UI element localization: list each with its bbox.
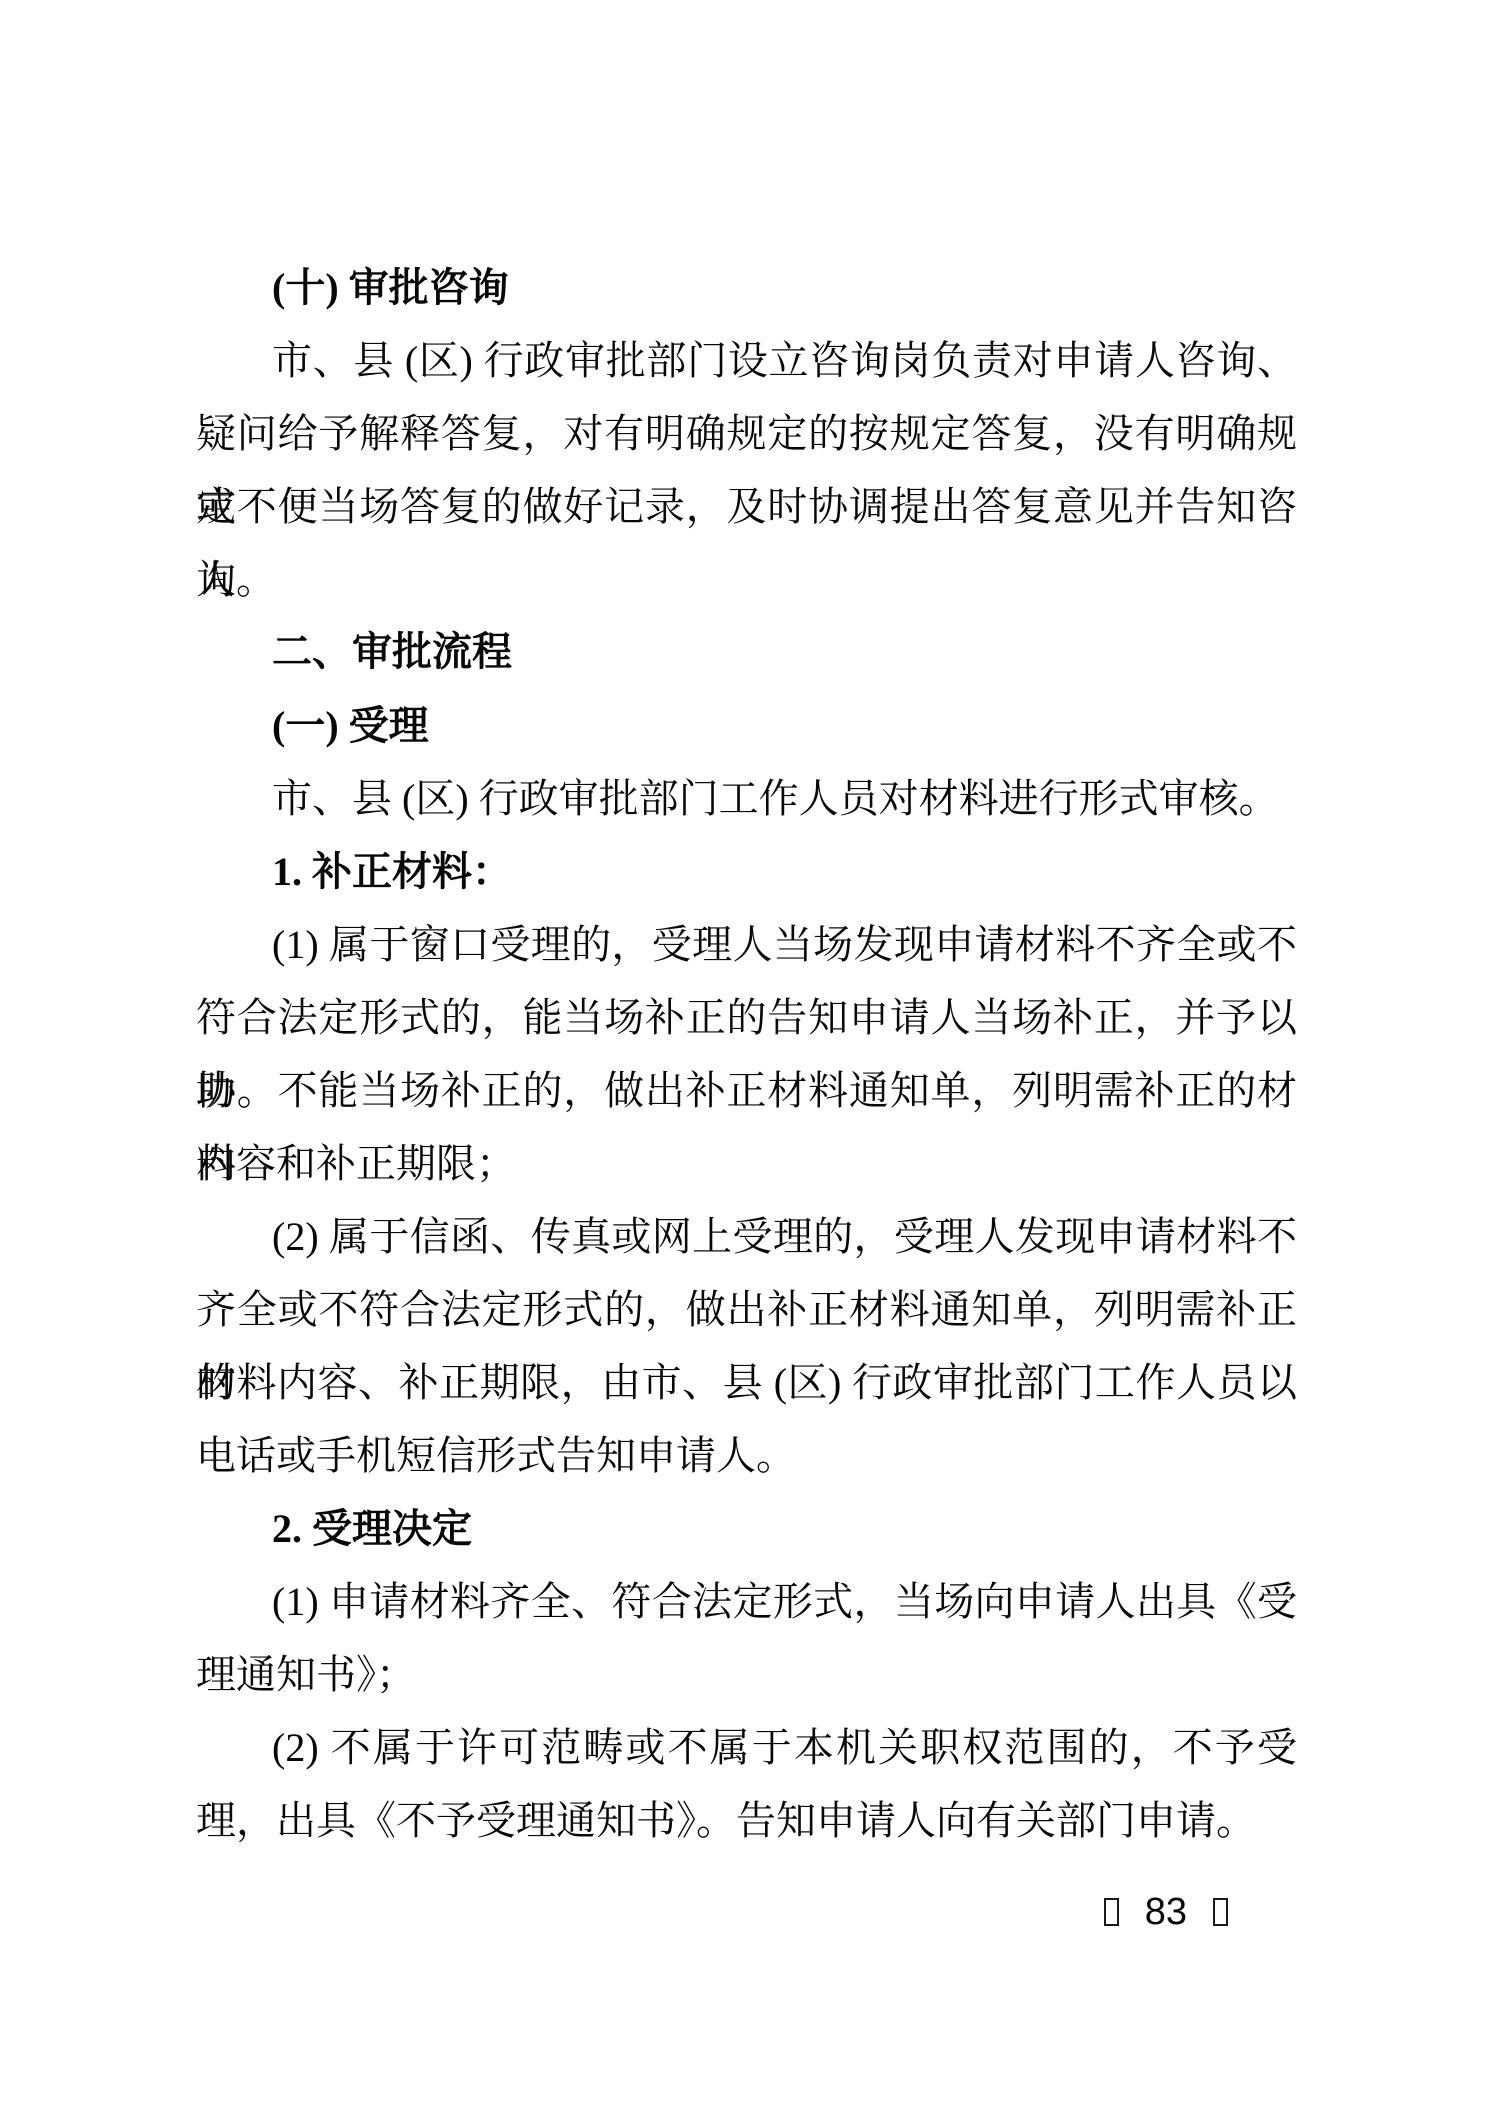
paragraph-line: 市、县 (区) 行政审批部门设立咨询岗负责对申请人咨询、 xyxy=(196,324,1297,397)
missing-glyph-box-icon xyxy=(1104,1898,1119,1926)
paragraph-line: 理通知书》； xyxy=(196,1638,1297,1711)
paragraph-line: 人。 xyxy=(196,543,1297,616)
paragraph-line: 电话或手机短信形式告知申请人。 xyxy=(196,1419,1297,1492)
section-heading-shouli: (一) 受理 xyxy=(196,689,1297,762)
document-text-block: (十) 审批咨询 市、县 (区) 行政审批部门设立咨询岗负责对申请人咨询、 疑问… xyxy=(196,251,1297,1857)
section-heading-shenpi-liucheng: 二、审批流程 xyxy=(196,616,1297,689)
document-page: (十) 审批咨询 市、县 (区) 行政审批部门设立咨询岗负责对申请人咨询、 疑问… xyxy=(0,0,1487,2105)
paragraph-line: 理，出具《不予受理通知书》。告知申请人向有关部门申请。 xyxy=(196,1784,1297,1857)
missing-glyph-box-icon xyxy=(1213,1898,1228,1926)
paragraph-line: 内容和补正期限； xyxy=(196,1127,1297,1200)
paragraph-line: 齐全或不符合法定形式的，做出补正材料通知单，列明需补正的 xyxy=(196,1273,1297,1346)
paragraph-line: (1) 申请材料齐全、符合法定形式，当场向申请人出具《受 xyxy=(196,1565,1297,1638)
paragraph-line: 市、县 (区) 行政审批部门工作人员对材料进行形式审核。 xyxy=(196,762,1297,835)
page-footer: 83 xyxy=(1104,1892,1228,1932)
paragraph-line: 材料内容、补正期限，由市、县 (区) 行政审批部门工作人员以 xyxy=(196,1346,1297,1419)
paragraph-line: 疑问给予解释答复，对有明确规定的按规定答复，没有明确规定 xyxy=(196,397,1297,470)
subheading-buzheng-cailiao: 1. 补正材料： xyxy=(196,835,1297,908)
paragraph-line: 符合法定形式的，能当场补正的告知申请人当场补正，并予以协 xyxy=(196,981,1297,1054)
section-heading-shenpi-zixun: (十) 审批咨询 xyxy=(196,251,1297,324)
paragraph-line: 助。不能当场补正的，做出补正材料通知单，列明需补正的材料 xyxy=(196,1054,1297,1127)
paragraph-line: (1) 属于窗口受理的，受理人当场发现申请材料不齐全或不 xyxy=(196,908,1297,981)
paragraph-line: 或不便当场答复的做好记录，及时协调提出答复意见并告知咨询 xyxy=(196,470,1297,543)
page-number: 83 xyxy=(1145,1892,1187,1932)
paragraph-line: (2) 属于信函、传真或网上受理的，受理人发现申请材料不 xyxy=(196,1200,1297,1273)
subheading-shouli-jueding: 2. 受理决定 xyxy=(196,1492,1297,1565)
paragraph-line: (2) 不属于许可范畴或不属于本机关职权范围的，不予受 xyxy=(196,1711,1297,1784)
